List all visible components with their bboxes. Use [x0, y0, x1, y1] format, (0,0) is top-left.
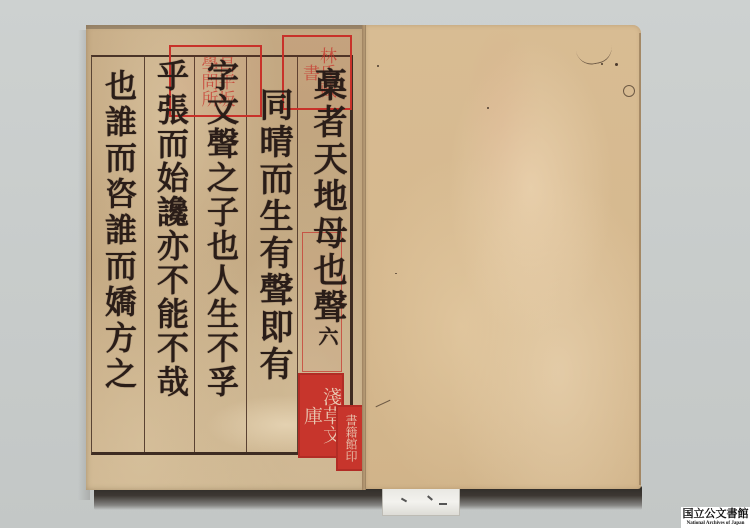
small-mark: 六 [315, 326, 339, 349]
watermark-title-jp: 国立公文書館 [681, 507, 750, 520]
ruled-frame: 昌平坂學問所 林氏藏書 淺草文庫 槀者天地母也聲六 同晴而生有聲即有 字文聲之子… [91, 55, 353, 455]
label-tab [382, 488, 460, 516]
label-tab-mark [439, 503, 447, 505]
calligraphy-column-5: 也誰而咨誰而嬌方之 [94, 69, 144, 393]
column-text: 乎張而始讒亦不能不哉 [152, 59, 190, 399]
column-text: 字文聲之子也人生不孚 [202, 59, 240, 399]
calligraphy-column-3: 字文聲之子也人生不孚 [196, 59, 246, 399]
watermark-badge: 国立公文書館 National Archives of Japan [681, 507, 750, 528]
calligraphy-column-4: 乎張而始讒亦不能不哉 [146, 59, 196, 399]
column-text: 也誰而咨誰而嬌方之 [100, 69, 138, 393]
ink-speck [601, 63, 603, 65]
left-page: 昌平坂學問所 林氏藏書 淺草文庫 槀者天地母也聲六 同晴而生有聲即有 字文聲之子… [86, 25, 366, 490]
right-page-blank [365, 25, 641, 489]
column-text: 槀者天地母也聲 [307, 67, 347, 326]
seal-glyphs: 淺草文庫 [304, 379, 338, 452]
ink-speck [487, 107, 489, 109]
ink-speck [615, 63, 618, 66]
watermark-title-en: National Archives of Japan [681, 520, 750, 527]
torn-top-edge [86, 25, 366, 29]
pencil-mark [576, 44, 614, 67]
label-tab-mark [401, 498, 407, 503]
calligraphy-column-1: 槀者天地母也聲六 [302, 67, 352, 349]
pencil-dash [376, 400, 391, 408]
column-text: 同晴而生有聲即有 [253, 87, 293, 383]
ink-ring-mark [623, 85, 635, 97]
seal-glyphs: 書籍館印 [342, 411, 360, 465]
column-rule [144, 57, 145, 452]
calligraphy-column-2: 同晴而生有聲即有 [248, 87, 298, 383]
photo-scene: 昌平坂學問所 林氏藏書 淺草文庫 槀者天地母也聲六 同晴而生有聲即有 字文聲之子… [0, 0, 750, 528]
ink-speck [377, 65, 379, 67]
page-edge [639, 33, 641, 485]
ink-speck [395, 273, 397, 274]
label-tab-mark [427, 495, 433, 500]
